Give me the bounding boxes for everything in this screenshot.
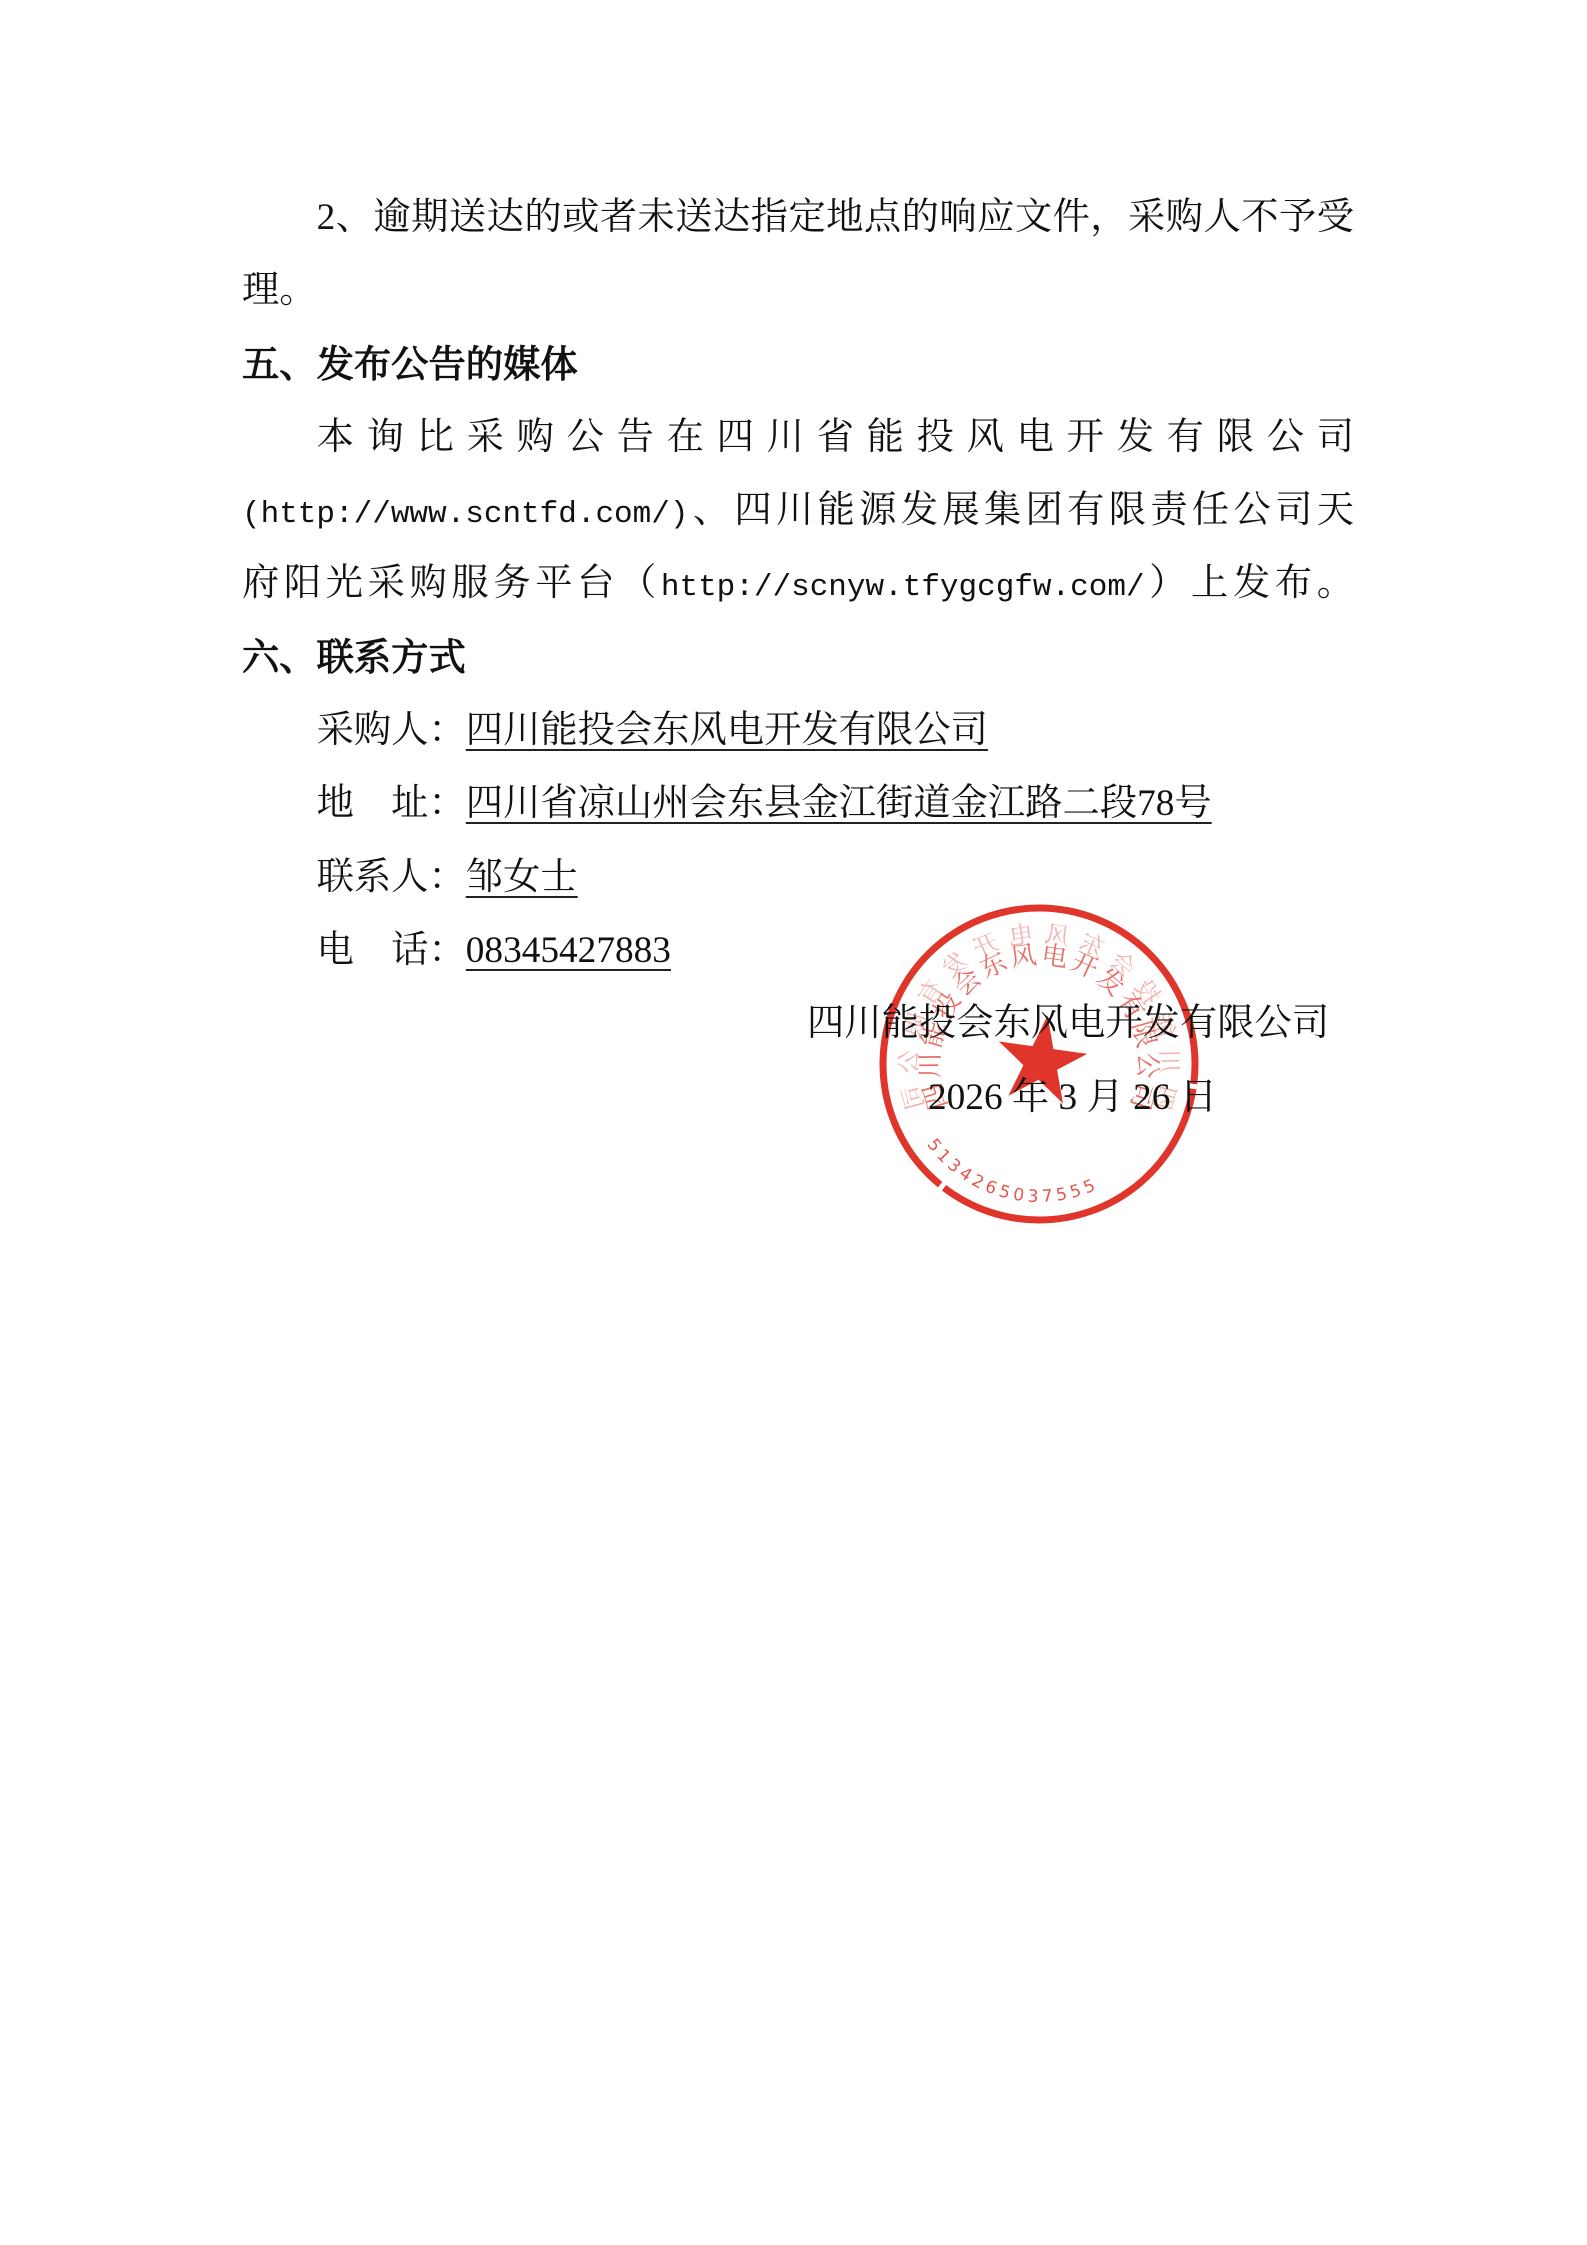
contact-value: 四川省凉山州会东县金江街道金江路二段78号 bbox=[466, 783, 1212, 824]
section5-line-2-text: 、四川能源发展集团有限责任公司天 bbox=[688, 490, 1354, 531]
section5-line-3-text-before: 府阳光采购服务平台（ bbox=[242, 563, 661, 604]
contact-person: 联系人：邹女士 bbox=[242, 841, 1354, 914]
contact-address: 地 址：四川省凉山州会东县金江街道金江路二段78号 bbox=[242, 767, 1354, 840]
contact-value: 四川能投会东风电开发有限公司 bbox=[466, 710, 988, 751]
signature-company: 四川能投会东风电开发有限公司 bbox=[242, 987, 1354, 1060]
item2-line-2: 理。 bbox=[242, 254, 1354, 327]
section5-line-1: 本询比采购公告在四川省能投风电开发有限公司 bbox=[242, 401, 1354, 474]
section5-line-3: 府阳光采购服务平台（http://scnyw.tfygcgfw.com/）上发布… bbox=[242, 547, 1354, 620]
svg-text:5134265037555: 5134265037555 bbox=[923, 1135, 1099, 1207]
seal-code: 5134265037555 bbox=[923, 1135, 1099, 1207]
contact-label: 联系人： bbox=[317, 857, 466, 898]
contact-purchaser: 采购人：四川能投会东风电开发有限公司 bbox=[242, 694, 1354, 767]
contact-label: 电 话： bbox=[317, 930, 466, 971]
signature-date: 2026 年 3 月 26 日 bbox=[242, 1061, 1354, 1134]
section5-line-3-text-after: ）上发布。 bbox=[1145, 563, 1354, 604]
contact-value: 08345427883 bbox=[466, 930, 671, 971]
contact-label: 采购人： bbox=[317, 710, 466, 751]
item2-line-1: 2、逾期送达的或者未送达指定地点的响应文件，采购人不予受 bbox=[242, 181, 1354, 254]
contact-label: 地 址： bbox=[317, 783, 466, 824]
platform-url: http://scnyw.tfygcgfw.com/ bbox=[661, 570, 1145, 605]
section6-heading: 六、联系方式 bbox=[242, 621, 1354, 694]
contact-phone: 电 话：08345427883 bbox=[242, 914, 1354, 987]
document-page: 2、逾期送达的或者未送达指定地点的响应文件，采购人不予受 理。 五、发布公告的媒… bbox=[242, 181, 1354, 1134]
company-website-url: (http://www.scntfd.com/) bbox=[242, 497, 688, 532]
section5-heading: 五、发布公告的媒体 bbox=[242, 328, 1354, 401]
section5-line-2: (http://www.scntfd.com/)、四川能源发展集团有限责任公司天 bbox=[242, 474, 1354, 547]
contact-value: 邹女士 bbox=[466, 857, 578, 898]
